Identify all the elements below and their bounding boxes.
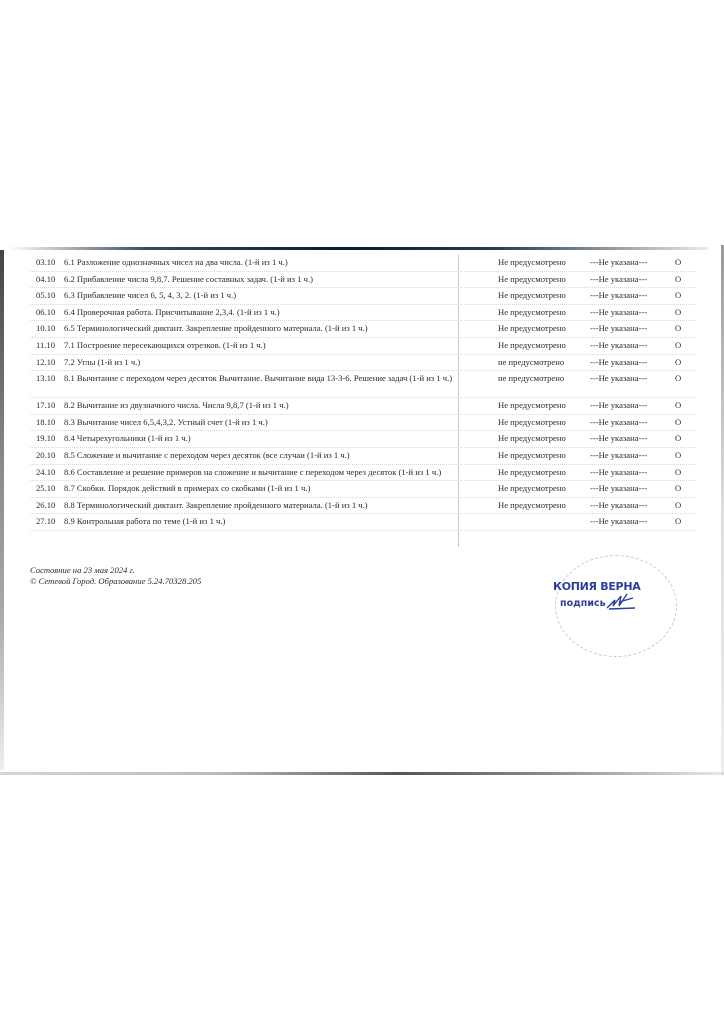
homework-cell: Не предусмотрено [498,338,566,354]
lesson-date: 24.10 [36,465,55,481]
lesson-date: 11.10 [36,338,55,354]
homework-cell: Не предусмотрено [498,498,566,514]
lesson-topic: 8.2 Вычитание из двузначного числа. Числ… [64,398,289,414]
lesson-topic: 6.3 Прибавление чисел 6, 5, 4, 3, 2. (1-… [64,288,236,304]
homework-cell: Не предусмотрено [498,481,566,497]
table-row: 03.106.1 Разложение однозначных чисел на… [30,255,695,272]
homework-cell: Не предусмотрено [498,448,566,464]
lesson-topic: 8.9 Контрольная работа по теме (1-й из 1… [64,514,225,530]
table-row: 04.106.2 Прибавление числа 9,8,7. Решени… [30,272,695,289]
homework-cell: Не предусмотрено [498,272,566,288]
attendance-cell: О [675,255,681,271]
scan-edge-bottom [0,772,724,775]
mark-cell: ---Не указана--- [590,481,647,497]
lesson-date: 25.10 [36,481,55,497]
stamp-signature-label: подпись [560,598,606,609]
lesson-date: 27.10 [36,514,55,530]
attendance-cell: О [675,288,681,304]
attendance-cell: О [675,514,681,530]
lessons-table: 03.106.1 Разложение однозначных чисел на… [30,255,695,531]
table-row: 13.108.1 Вычитание с переходом через дес… [30,371,695,398]
lesson-topic: 8.4 Четырехугольники (1-й из 1 ч.) [64,431,191,447]
lesson-date: 26.10 [36,498,55,514]
homework-cell: Не предусмотрено [498,255,566,271]
table-row: 18.108.3 Вычитание чисел 6,5,4,3,2. Устн… [30,415,695,432]
mark-cell: ---Не указана--- [590,498,647,514]
mark-cell: ---Не указана--- [590,448,647,464]
homework-cell: Не предусмотрено [498,398,566,414]
mark-cell: ---Не указана--- [590,255,647,271]
table-row: 26.108.8 Терминологический диктант. Закр… [30,498,695,515]
attendance-cell: О [675,415,681,431]
lesson-topic: 8.5 Сложение и вычитание с переходом чер… [64,448,350,464]
lesson-date: 05.10 [36,288,55,304]
status-date: Состояние на 23 мая 2024 г. [30,565,201,576]
homework-cell: не предусмотрено [498,355,564,371]
lesson-date: 19.10 [36,431,55,447]
attendance-cell: О [675,321,681,337]
mark-cell: ---Не указана--- [590,398,647,414]
lesson-topic: 8.1 Вычитание с переходом через десяток … [64,371,484,383]
lesson-topic: 7.2 Углы (1-й из 1 ч.) [64,355,140,371]
homework-cell: Не предусмотрено [498,465,566,481]
table-row: 11.107.1 Построение пересекающихся отрез… [30,338,695,355]
mark-cell: ---Не указана--- [590,305,647,321]
mark-cell: ---Не указана--- [590,288,647,304]
table-row: 05.106.3 Прибавление чисел 6, 5, 4, 3, 2… [30,288,695,305]
attendance-cell: О [675,272,681,288]
attendance-cell: О [675,481,681,497]
lesson-date: 03.10 [36,255,55,271]
homework-cell: Не предусмотрено [498,288,566,304]
mark-cell: ---Не указана--- [590,321,647,337]
attendance-cell: О [675,338,681,354]
document-footer: Состояние на 23 мая 2024 г. © Сетевой Го… [30,565,201,587]
table-row: 25.108.7 Скобки. Порядок действий в прим… [30,481,695,498]
table-row: 06.106.4 Проверочная работа. Присчитыван… [30,305,695,322]
table-row: 17.108.2 Вычитание из двузначного числа.… [30,398,695,415]
lesson-topic: 7.1 Построение пересекающихся отрезков. … [64,338,266,354]
mark-cell: ---Не указана--- [590,355,647,371]
attendance-cell: О [675,355,681,371]
lesson-date: 06.10 [36,305,55,321]
mark-cell: ---Не указана--- [590,272,647,288]
lesson-date: 17.10 [36,398,55,414]
table-row: 20.108.5 Сложение и вычитание с переходо… [30,448,695,465]
lesson-date: 04.10 [36,272,55,288]
lesson-date: 12.10 [36,355,55,371]
lesson-date: 10.10 [36,321,55,337]
mark-cell: ---Не указана--- [590,415,647,431]
homework-cell: Не предусмотрено [498,415,566,431]
lesson-topic: 8.7 Скобки. Порядок действий в примерах … [64,481,310,497]
homework-cell: Не предусмотрено [498,321,566,337]
attendance-cell: О [675,371,681,387]
lesson-topic: 8.3 Вычитание чисел 6,5,4,3,2. Устный сч… [64,415,268,431]
copyright-text: © Сетевой Город. Образование 5.24.70328.… [30,576,201,587]
lesson-topic: 6.2 Прибавление числа 9,8,7. Решение сос… [64,272,313,288]
mark-cell: ---Не указана--- [590,371,647,387]
homework-cell: Не предусмотрено [498,305,566,321]
scan-edge-top [8,247,708,250]
attendance-cell: О [675,448,681,464]
attendance-cell: О [675,305,681,321]
attendance-cell: О [675,431,681,447]
homework-cell: Не предусмотрено [498,431,566,447]
scan-edge-left [0,250,4,770]
table-row: 19.108.4 Четырехугольники (1-й из 1 ч.)Н… [30,431,695,448]
mark-cell: ---Не указана--- [590,514,647,530]
table-row: 10.106.5 Терминологический диктант. Закр… [30,321,695,338]
attendance-cell: О [675,398,681,414]
mark-cell: ---Не указана--- [590,431,647,447]
lesson-topic: 8.8 Терминологический диктант. Закреплен… [64,498,368,514]
lesson-topic: 6.1 Разложение однозначных чисел на два … [64,255,288,271]
table-row: 27.108.9 Контрольная работа по теме (1-й… [30,514,695,531]
lesson-topic: 8.6 Составление и решение примеров на сл… [64,465,441,481]
signature-icon [605,588,645,612]
attendance-cell: О [675,465,681,481]
mark-cell: ---Не указана--- [590,338,647,354]
attendance-cell: О [675,498,681,514]
mark-cell: ---Не указана--- [590,465,647,481]
lesson-topic: 6.4 Проверочная работа. Присчитывание 2,… [64,305,280,321]
lesson-date: 18.10 [36,415,55,431]
lesson-topic: 6.5 Терминологический диктант. Закреплен… [64,321,368,337]
table-row: 12.107.2 Углы (1-й из 1 ч.)не предусмотр… [30,355,695,372]
lesson-date: 13.10 [36,371,55,387]
homework-cell: не предусмотрено [498,371,564,387]
lesson-date: 20.10 [36,448,55,464]
table-row: 24.108.6 Составление и решение примеров … [30,465,695,482]
